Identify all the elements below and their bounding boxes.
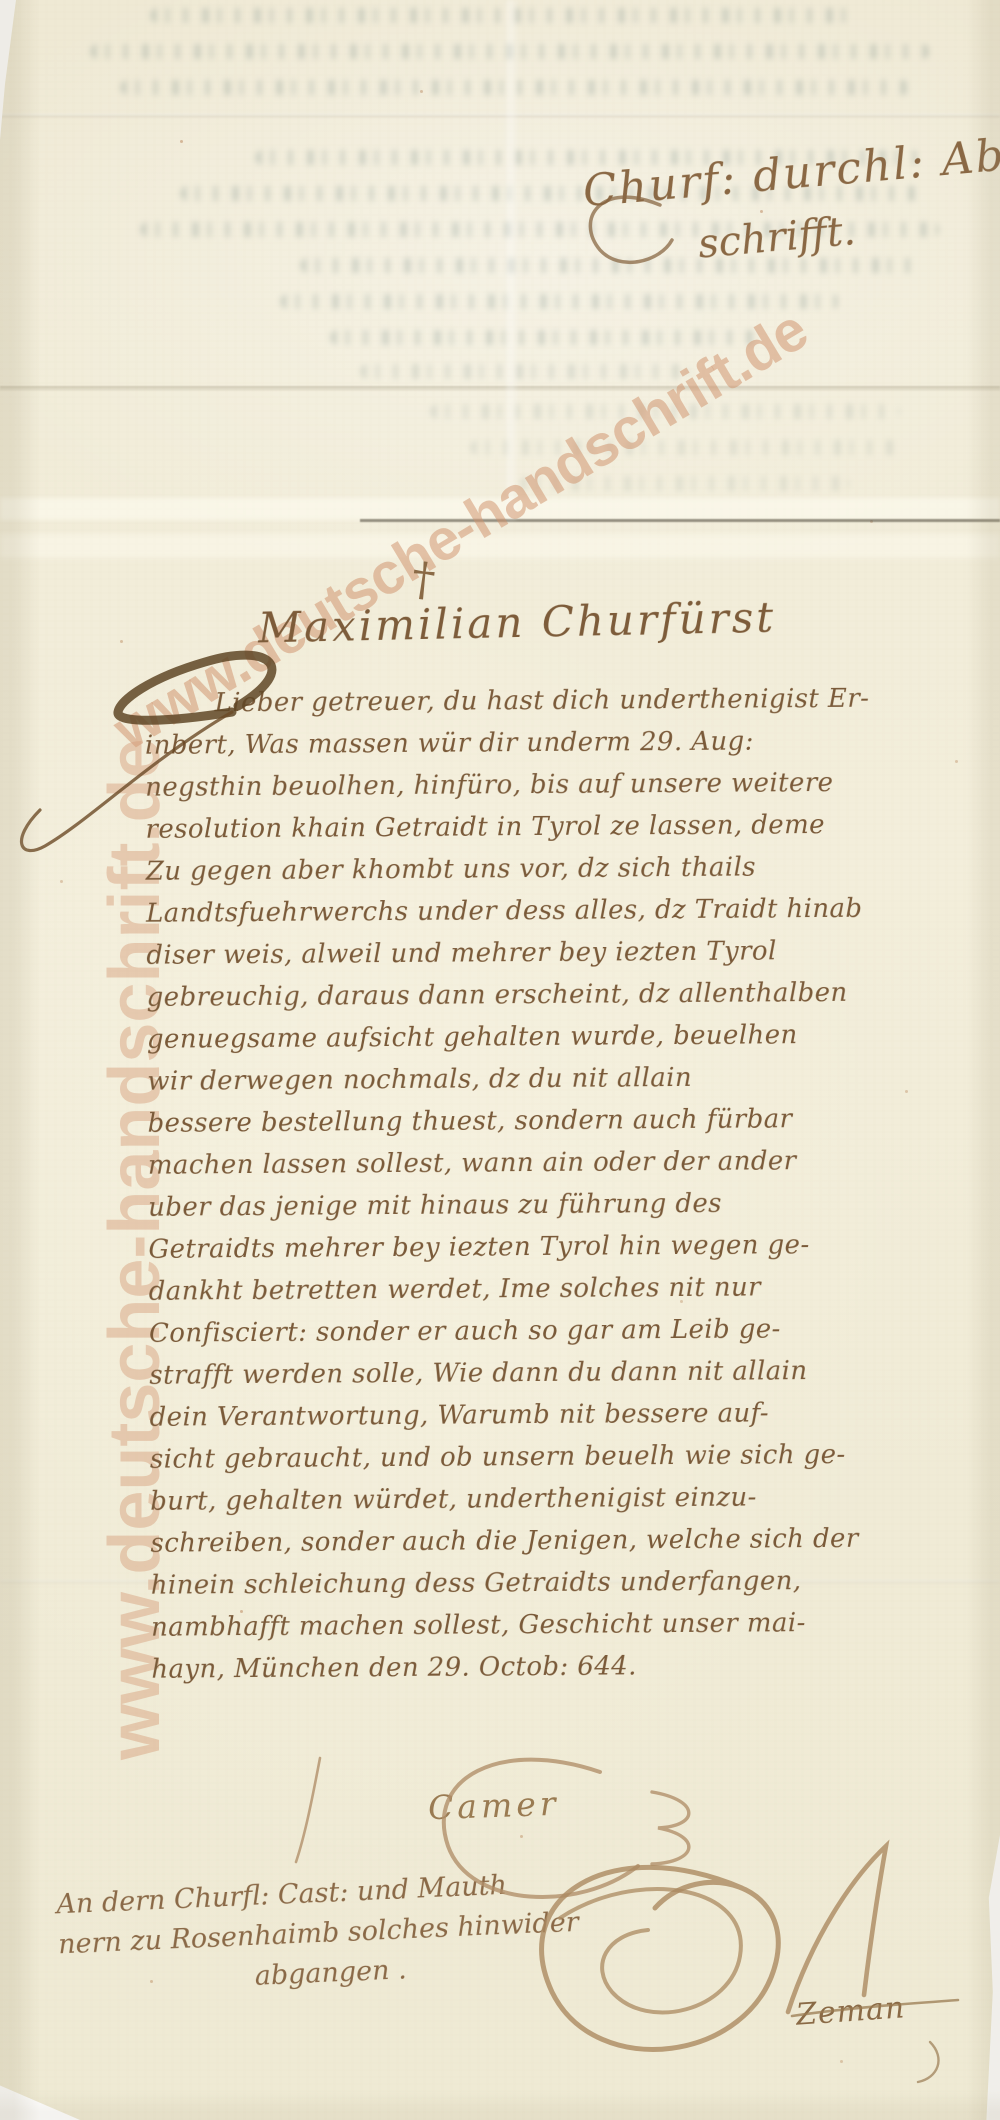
edge-shading — [0, 0, 1000, 2120]
manuscript-scan: www.deutsche-handschrift.de www.deutsche… — [0, 0, 1000, 2120]
